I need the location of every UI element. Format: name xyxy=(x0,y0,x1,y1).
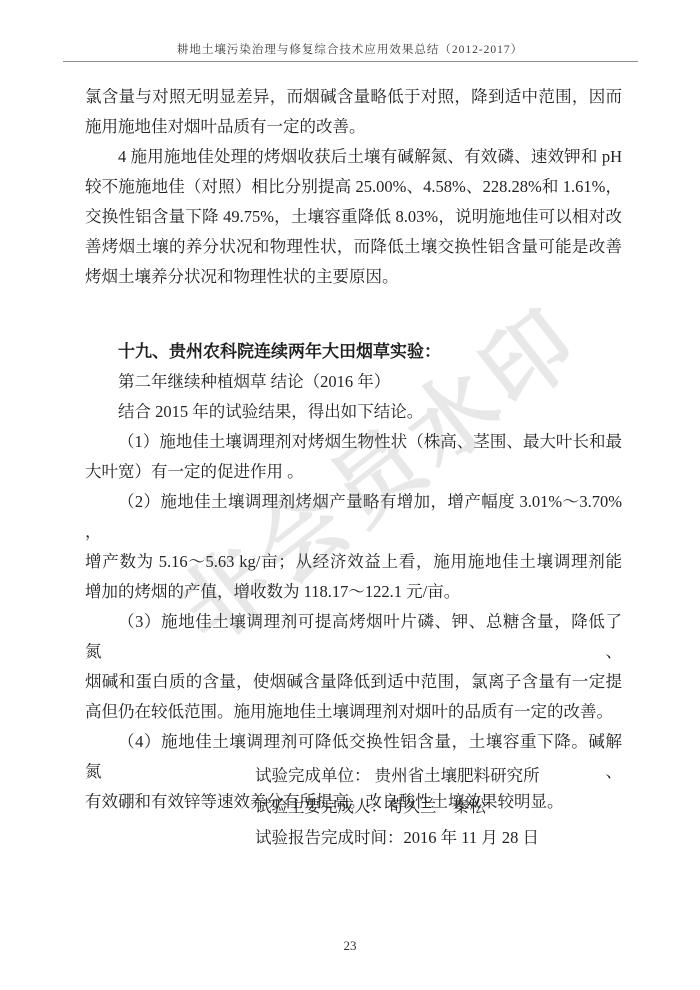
text-line: 烤烟土壤养分状况和物理性状的主要原因。 xyxy=(85,262,622,292)
paragraph: （2）施地佳土壤调理剂烤烟产量略有增加，增产幅度 3.01%～3.70% ，增产… xyxy=(85,487,622,607)
text-line: 十九、贵州农科院连续两年大田烟草实验： xyxy=(85,337,622,367)
text-line: 第二年继续种植烟草 结论（2016 年） xyxy=(85,367,622,397)
completion-block: 试验完成单位： 贵州省土壤肥料研究所试验主要完成人：苟久兰 秦松试验报告完成时间… xyxy=(255,760,540,853)
text-line: 结合 2015 年的试验结果，得出如下结论。 xyxy=(85,397,622,427)
completion-line: 试验报告完成时间：2016 年 11 月 28 日 xyxy=(255,822,540,853)
paragraph: 第二年继续种植烟草 结论（2016 年） xyxy=(85,367,622,397)
document-body: 氯含量与对照无明显差异，而烟碱含量略低于对照，降到适中范围，因而施用施地佳对烟叶… xyxy=(85,82,622,817)
text-line: 氯含量与对照无明显差异，而烟碱含量略低于对照，降到适中范围，因而 xyxy=(85,82,622,112)
text-line: 交换性铝含量下降 49.75%，土壤容重降低 8.03%，说明施地佳可以相对改 xyxy=(85,202,622,232)
text-line: 烟碱和蛋白质的含量，使烟碱含量降低到适中范围，氯离子含量有一定提 xyxy=(85,667,622,697)
text-line: 4 施用施地佳处理的烤烟收获后土壤有碱解氮、有效磷、速效钾和 pH xyxy=(85,142,622,172)
text-line: 增加的烤烟的产值，增收数为 118.17～122.1 元/亩。 xyxy=(85,577,622,607)
document-page: 耕地土壤污染治理与修复综合技术应用效果总结（2012-2017） 非会员水印 氯… xyxy=(0,0,700,990)
text-line: 较不施施地佳（对照）相比分别提高 25.00%、4.58%、228.28%和 1… xyxy=(85,172,622,202)
paragraph: 4 施用施地佳处理的烤烟收获后土壤有碱解氮、有效磷、速效钾和 pH较不施施地佳（… xyxy=(85,142,622,292)
page-header-title: 耕地土壤污染治理与修复综合技术应用效果总结（2012-2017） xyxy=(0,41,700,57)
paragraph: 结合 2015 年的试验结果，得出如下结论。 xyxy=(85,397,622,427)
paragraph: （1）施地佳土壤调理剂对烤烟生物性状（株高、茎围、最大叶长和最大叶宽）有一定的促… xyxy=(85,427,622,487)
text-line: 大叶宽）有一定的促进作用 。 xyxy=(85,457,622,487)
text-line: （2）施地佳土壤调理剂烤烟产量略有增加，增产幅度 3.01%～3.70% ， xyxy=(85,487,622,547)
paragraph: （3）施地佳土壤调理剂可提高烤烟叶片磷、钾、总糖含量，降低了氮、烟碱和蛋白质的含… xyxy=(85,607,622,727)
header-divider xyxy=(63,61,638,62)
completion-line: 试验完成单位： 贵州省土壤肥料研究所 xyxy=(255,760,540,791)
page-number: 23 xyxy=(0,938,700,954)
text-line: （1）施地佳土壤调理剂对烤烟生物性状（株高、茎围、最大叶长和最 xyxy=(85,427,622,457)
text-line: 增产数为 5.16～5.63 kg/亩；从经济效益上看，施用施地佳土壤调理剂能 xyxy=(85,547,622,577)
text-line: 高但仍在较低范围。施用施地佳土壤调理剂对烟叶的品质有一定的改善。 xyxy=(85,697,622,727)
section-heading: 十九、贵州农科院连续两年大田烟草实验： xyxy=(85,337,622,367)
text-line: 善烤烟土壤的养分状况和物理性状，而降低土壤交换性铝含量可能是改善 xyxy=(85,232,622,262)
text-line: 施用施地佳对烟叶品质有一定的改善。 xyxy=(85,112,622,142)
paragraph: 氯含量与对照无明显差异，而烟碱含量略低于对照，降到适中范围，因而施用施地佳对烟叶… xyxy=(85,82,622,142)
text-line: （3）施地佳土壤调理剂可提高烤烟叶片磷、钾、总糖含量，降低了氮、 xyxy=(85,607,622,667)
completion-line: 试验主要完成人：苟久兰 秦松 xyxy=(255,791,540,822)
